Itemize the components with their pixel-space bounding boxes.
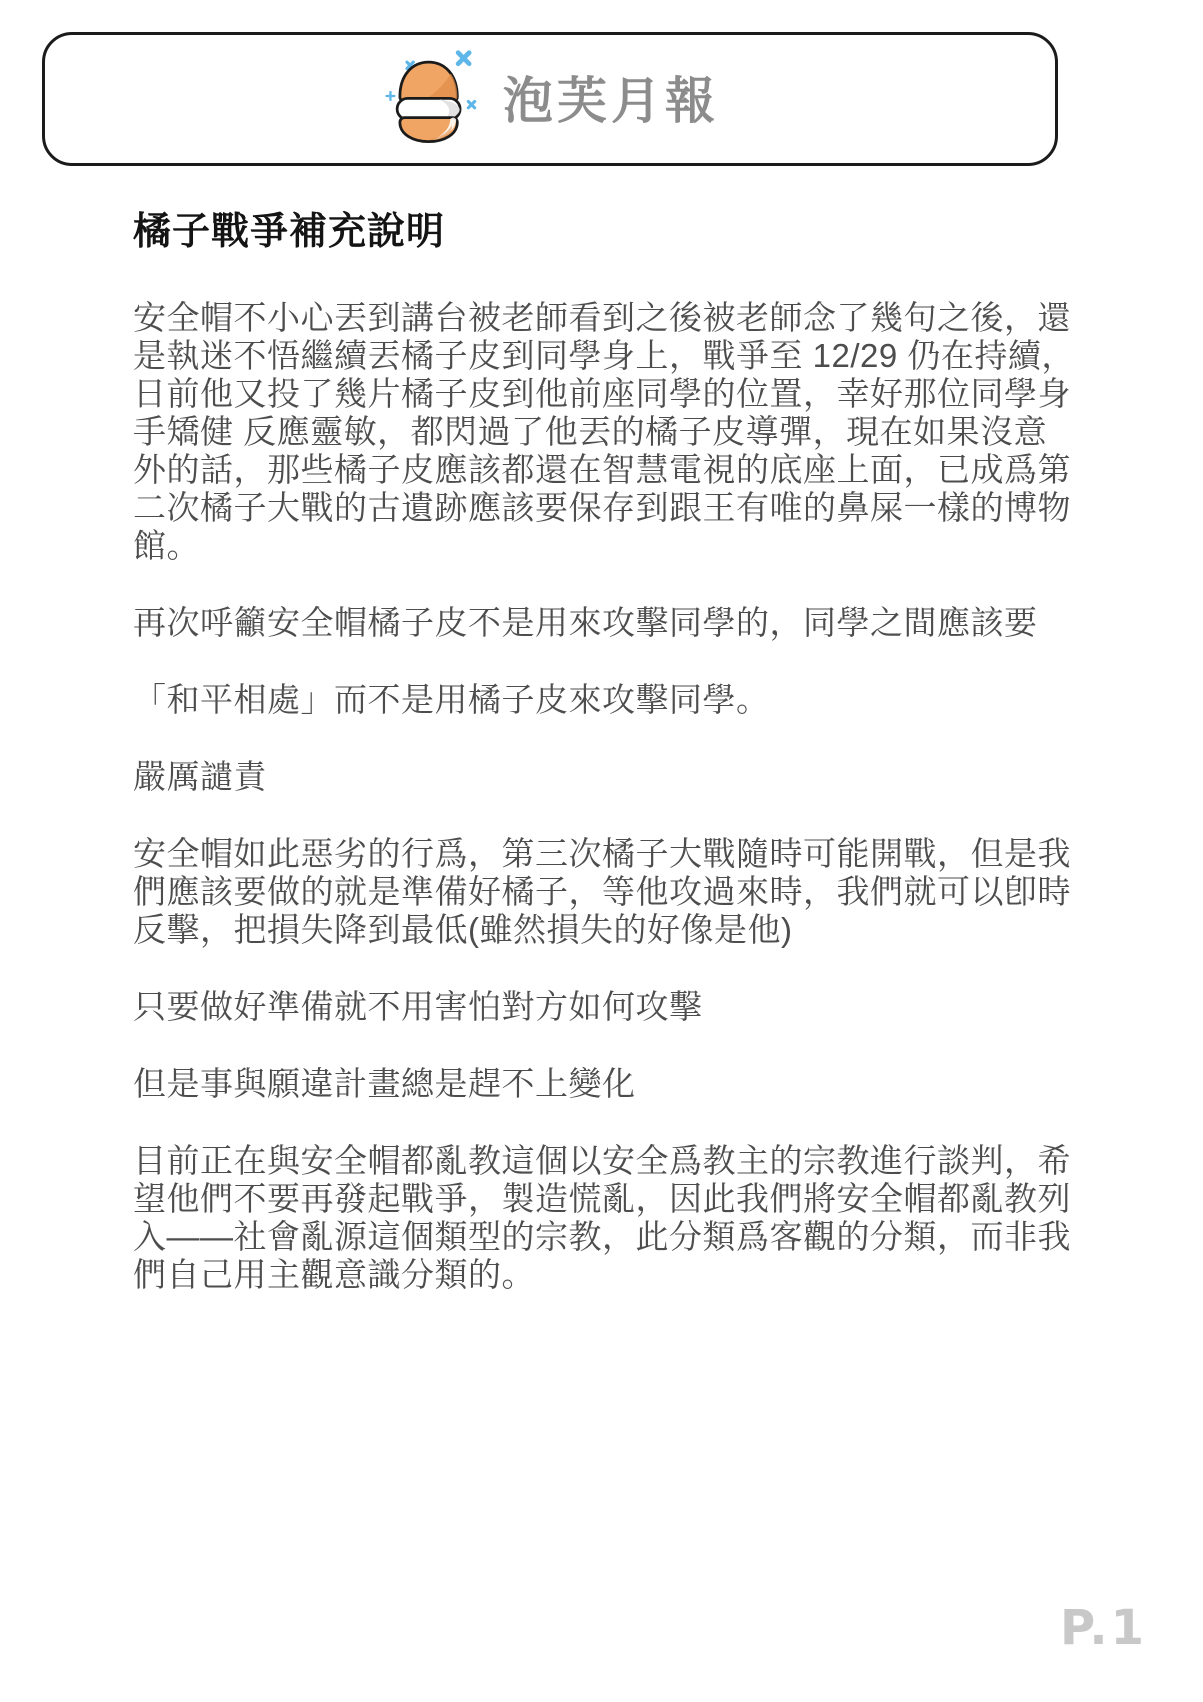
article-body: 安全帽不小心丟到講台被老師看到之後被老師念了幾句之後，還 是執迷不悟繼續丟橘子皮… — [133, 299, 1083, 1294]
article: 橘子戰爭補充說明 安全帽不小心丟到講台被老師看到之後被老師念了幾句之後，還 是執… — [133, 166, 1083, 1333]
newsletter-title: 泡芙月報 — [503, 72, 719, 126]
newsletter-page: 泡芙月報 橘子戰爭補充說明 安全帽不小心丟到講台被老師看到之後被老師念了幾句之後… — [0, 0, 1203, 1702]
paragraph-negotiation: 目前正在與安全帽都亂教這個以安全爲教主的宗教進行談判，希 望他們不要再發起戰爭，… — [133, 1142, 1083, 1294]
paragraph-appeal: 再次呼籲安全帽橘子皮不是用來攻擊同學的，同學之間應該要 — [133, 604, 1083, 642]
page-number: P.1 — [1060, 1600, 1147, 1656]
paragraph-preparedness: 只要做好準備就不用害怕對方如何攻擊 — [133, 988, 1083, 1026]
masthead: 泡芙月報 — [42, 32, 1058, 166]
cream-puff-icon — [381, 44, 477, 148]
paragraph-plans-change: 但是事與願違計畫總是趕不上變化 — [133, 1065, 1083, 1103]
article-heading: 橘子戰爭補充說明 — [133, 212, 1083, 252]
paragraph-orange-war-recap: 安全帽不小心丟到講台被老師看到之後被老師念了幾句之後，還 是執迷不悟繼續丟橘子皮… — [133, 299, 1083, 565]
paragraph-peace-quote: 「和平相處」而不是用橘子皮來攻擊同學。 — [133, 681, 1083, 719]
paragraph-third-war: 安全帽如此惡劣的行爲，第三次橘子大戰隨時可能開戰，但是我 們應該要做的就是準備好… — [133, 835, 1083, 949]
paragraph-condemnation: 嚴厲譴責 — [133, 758, 1083, 796]
